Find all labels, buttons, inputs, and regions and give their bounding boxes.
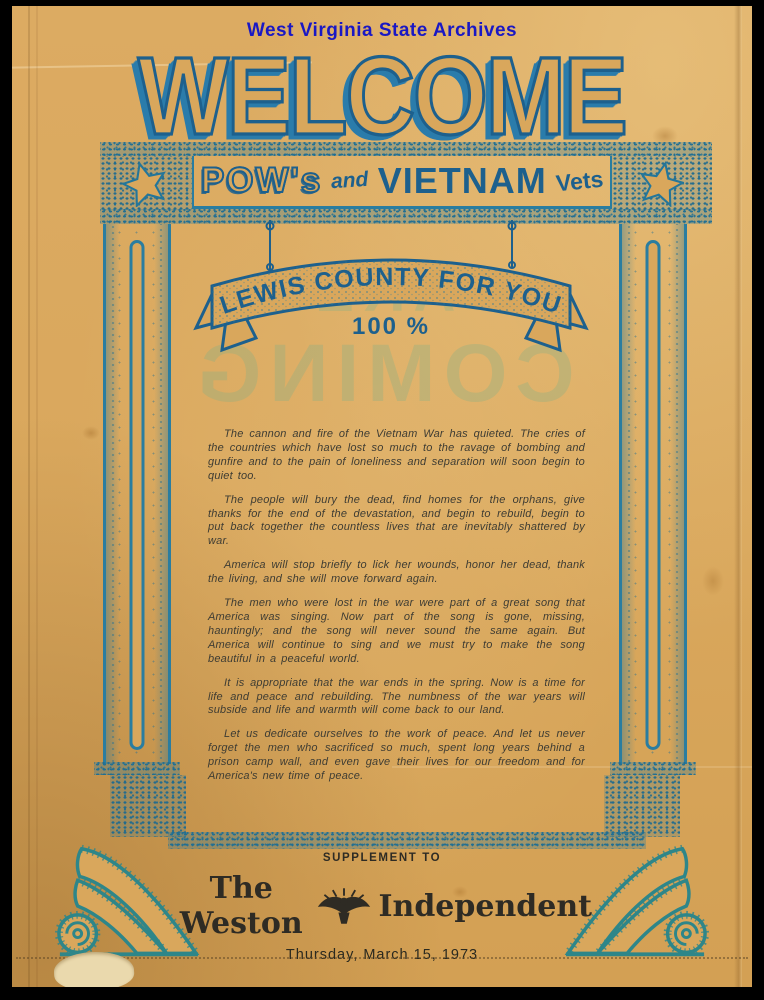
column-flute	[646, 240, 661, 750]
column-base-right	[610, 762, 696, 775]
newspaper-page: West Virginia State Archives WELCOME ARE…	[12, 6, 752, 987]
column-plinth-right	[604, 775, 680, 837]
paragraph: The men who were lost in the war were pa…	[208, 597, 585, 667]
frame-column-left	[103, 224, 171, 764]
column-plinth-left	[110, 775, 186, 837]
masthead-left: The Weston	[172, 871, 310, 941]
paper-stain	[82, 426, 100, 440]
paragraph: It is appropriate that the war ends in t…	[208, 677, 585, 719]
paragraph: Let us dedicate ourselves to the work of…	[208, 728, 585, 784]
paragraph: The cannon and fire of the Vietnam War h…	[208, 428, 585, 484]
masthead-right: Independent	[378, 889, 592, 924]
issue-date: Thursday, March 15, 1973	[172, 947, 592, 963]
frame-column-right	[619, 224, 687, 764]
paper-fold	[734, 6, 742, 987]
subheadline-pow: POW's	[201, 161, 322, 201]
paragraph: The people will bury the dead, find home…	[208, 494, 585, 550]
masthead: The Weston Independent	[172, 871, 592, 941]
ribbon-banner: LEWIS COUNTY FOR YOU 100 %	[190, 218, 592, 359]
supplement-label: SUPPLEMENT TO	[172, 852, 592, 864]
frame-top-bar	[100, 142, 712, 156]
banner-line2: 100 %	[352, 313, 430, 340]
headline-welcome: WELCOME	[23, 40, 741, 151]
subheadline-vietnam: VIETNAM	[378, 160, 547, 202]
paper-stain	[702, 566, 724, 596]
subheadline-and: and	[331, 168, 370, 195]
eagle-icon	[316, 886, 372, 926]
column-base-left	[94, 762, 180, 775]
column-flute	[130, 240, 145, 750]
paragraph: America will stop briefly to lick her wo…	[208, 559, 585, 587]
star-icon	[638, 161, 684, 207]
footer: SUPPLEMENT TO The Weston Independent	[172, 852, 592, 963]
paper-edge-line	[28, 6, 30, 987]
subheadline-box: POW's and VIETNAM Vets	[192, 156, 612, 209]
star-icon	[122, 161, 168, 207]
frame-corner-block-left	[100, 156, 192, 210]
scanned-page: West Virginia State Archives WELCOME ARE…	[0, 0, 764, 1000]
subheadline-vets: Vets	[554, 165, 604, 197]
body-copy: The cannon and fire of the Vietnam War h…	[208, 428, 585, 794]
frame-corner-block-right	[612, 156, 712, 210]
paper-edge-line	[36, 6, 38, 987]
